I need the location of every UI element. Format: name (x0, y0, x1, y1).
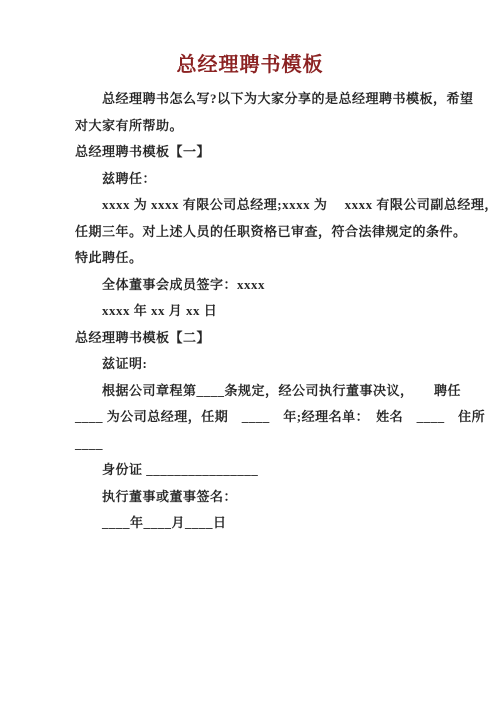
document-line: 任期三年。对上述人员的任职资格已审查，符合法律规定的条件。 (75, 219, 500, 246)
document-line: 总经理聘书模板【二】 (75, 325, 500, 352)
page-title: 总经理聘书模板 (0, 52, 500, 78)
document-line: 全体董事会成员签字：xxxx (75, 272, 500, 299)
document-line: 特此聘任。 (75, 245, 500, 272)
document-line: 兹聘任： (75, 166, 500, 193)
document-line: xxxx 为 xxxx 有限公司总经理;xxxx 为 xxxx 有限公司副总经理… (75, 192, 500, 219)
document-line: ____年____月____日 (75, 510, 500, 537)
document-line: 兹证明: (75, 351, 500, 378)
document-line: 身份证 ________________ (75, 457, 500, 484)
document-line: ____ (75, 431, 500, 458)
document-line: 总经理聘书模板【一】 (75, 139, 500, 166)
document-line: 执行董事或董事签名： (75, 484, 500, 511)
document-line: 对大家有所帮助。 (75, 113, 500, 140)
document-page: 总经理聘书模板 总经理聘书怎么写?以下为大家分享的是总经理聘书模板，希望 对大家… (0, 0, 500, 708)
document-line: ____ 为公司总经理，任期 ____ 年;经理名单： 姓名 ____ 住所 (75, 404, 500, 431)
document-line: 总经理聘书怎么写?以下为大家分享的是总经理聘书模板，希望 (75, 86, 500, 113)
document-line: xxxx 年 xx 月 xx 日 (75, 298, 500, 325)
document-line: 根据公司章程第____条规定，经公司执行董事决议， 聘任 (75, 378, 500, 405)
document-body: 总经理聘书怎么写?以下为大家分享的是总经理聘书模板，希望 对大家有所帮助。 总经… (0, 86, 500, 537)
